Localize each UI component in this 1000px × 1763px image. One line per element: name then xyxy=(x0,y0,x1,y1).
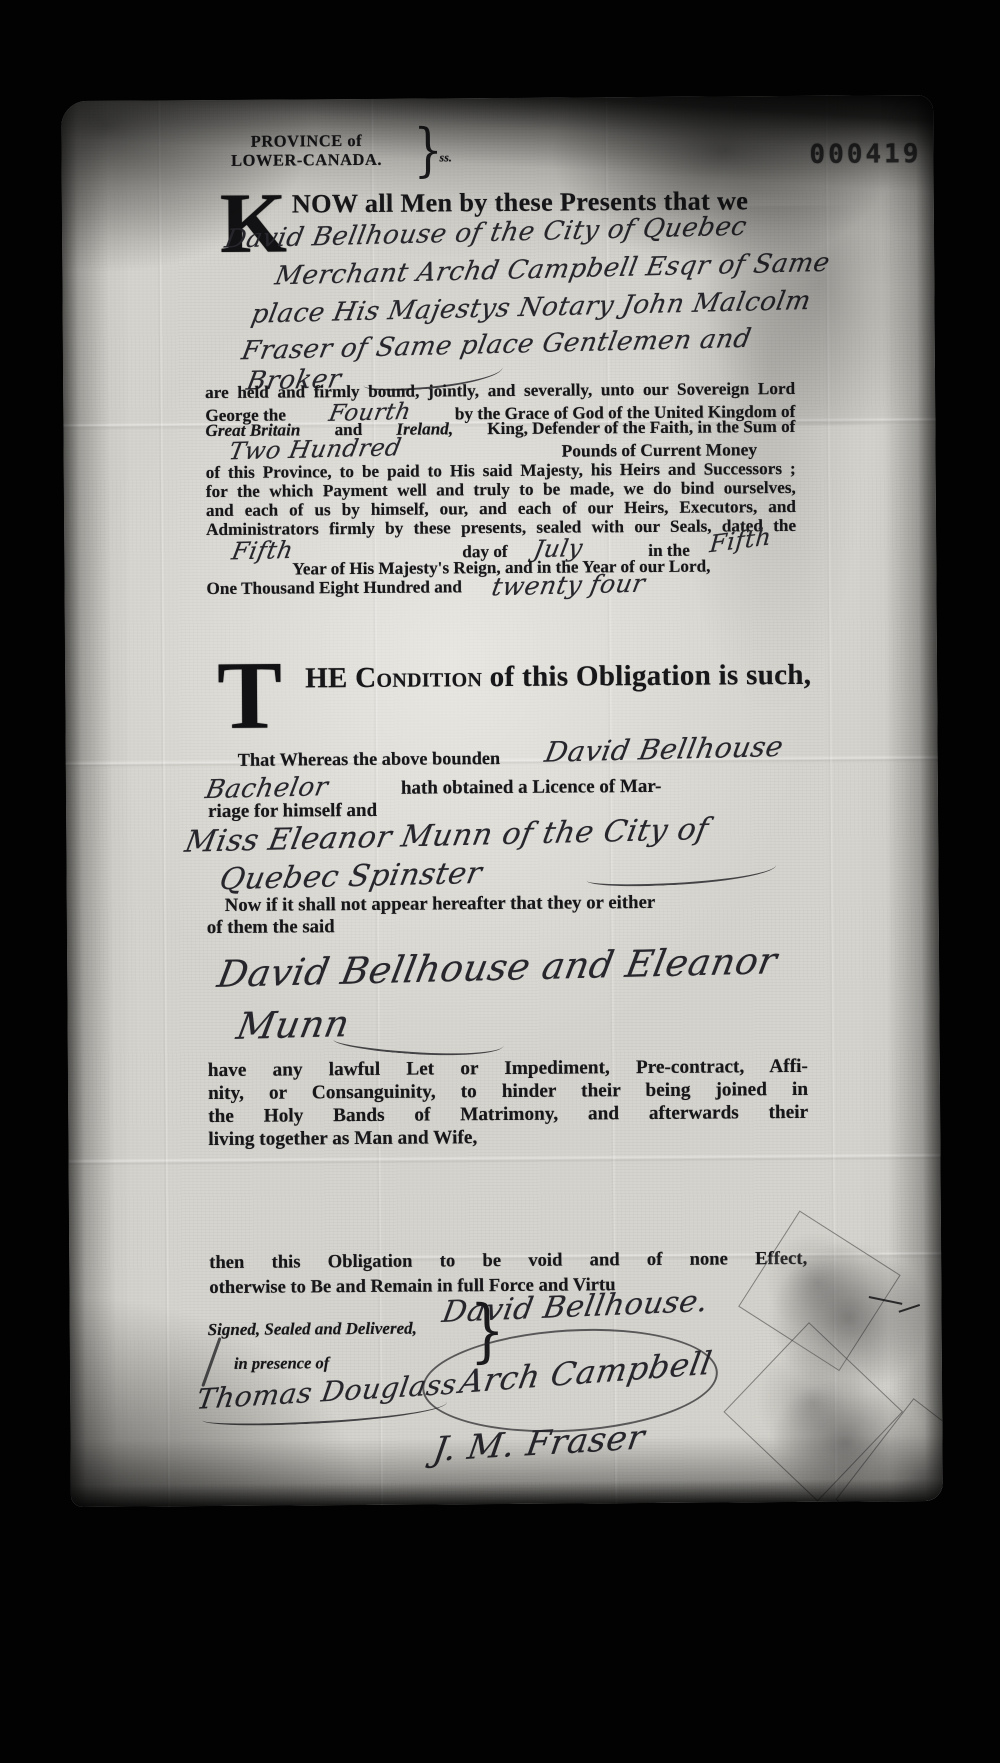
whereas-print-2: hath obtained a Licence of Mar- xyxy=(401,776,662,800)
pen-flourish-after-munn xyxy=(333,1020,505,1062)
fold-crease-horizontal-3 xyxy=(68,1153,940,1166)
province-label: PROVINCE of LOWER-CANADA. xyxy=(201,131,411,170)
scan-background: PROVINCE of LOWER-CANADA. } ss. 000419 K… xyxy=(0,0,1000,1763)
bond-line-11-print: One Thousand Eight Hundred and xyxy=(206,577,462,599)
now-clause-line-2: of them the said xyxy=(207,916,335,939)
notary-signature: J. M. Fraser xyxy=(430,1418,647,1470)
ss-abbreviation: ss. xyxy=(439,150,451,165)
condition-heading-part-2: of this Obligation is such, xyxy=(482,659,811,693)
attestation-label-2: in presence of xyxy=(234,1353,329,1374)
groom-name-script: David Bellhouse xyxy=(542,730,786,769)
bond-line-3-print-2: King, Defender of the Faith, in the Sum … xyxy=(487,417,795,439)
impediment-line-1: have any lawful Let or Impediment, Pre-c… xyxy=(208,1056,808,1082)
obligors-script-line-2: Merchant Archd Campbell Esqr of Same xyxy=(273,248,833,292)
whereas-print-1: That Whereas the above bounden xyxy=(238,748,501,771)
bond-year-script: twenty four xyxy=(490,569,648,602)
impediment-line-2: nity, or Consanguinity, to hinder their … xyxy=(208,1079,808,1105)
impediment-line-4: living together as Man and Wife, xyxy=(208,1127,477,1151)
bond-day-script: Fifth xyxy=(230,536,296,566)
now-clause-line-1: Now if it shall not appear hereafter tha… xyxy=(225,892,656,917)
void-clause-line-1: then this Obligation to be void and of n… xyxy=(209,1248,807,1274)
attestation-label-1: Signed, Sealed and Delivered, xyxy=(208,1319,417,1340)
impediment-line-3: the Holy Bands of Matrimony, and afterwa… xyxy=(208,1102,808,1128)
condition-heading-smallcaps: Condition xyxy=(355,661,482,694)
condition-heading-part-1: HE xyxy=(305,662,355,694)
bond-line-4-print: Pounds of Current Money xyxy=(561,439,757,461)
bond-line-3-italic-2: Ireland, xyxy=(396,419,453,439)
condition-dropcap: T xyxy=(217,656,282,736)
bride-script-line-2: Quebec Spinster xyxy=(217,856,485,897)
whereas-print-3: riage for himself and xyxy=(208,800,377,823)
condition-heading: HE Condition of this Obligation is such, xyxy=(305,659,811,696)
province-line-1: PROVINCE of xyxy=(251,131,363,151)
obligors-script-line-3: place His Majestys Notary John Malcolm xyxy=(249,286,814,330)
pen-stroke-mark xyxy=(201,1337,221,1387)
fold-crease-vertical-1 xyxy=(156,100,171,1506)
couple-script-line-1: David Bellhouse and Eleanor xyxy=(214,939,781,996)
province-line-2: LOWER-CANADA. xyxy=(231,150,382,170)
serial-number-stamp: 000419 xyxy=(809,139,921,170)
fold-crease-horizontal-2 xyxy=(66,755,938,768)
seal-ink-smudge-2 xyxy=(770,1377,921,1507)
paper-sheet: PROVINCE of LOWER-CANADA. } ss. 000419 K… xyxy=(61,95,943,1507)
pen-flourish-after-spinster xyxy=(586,861,777,889)
bond-sum-script: Two Hundred xyxy=(227,433,404,465)
